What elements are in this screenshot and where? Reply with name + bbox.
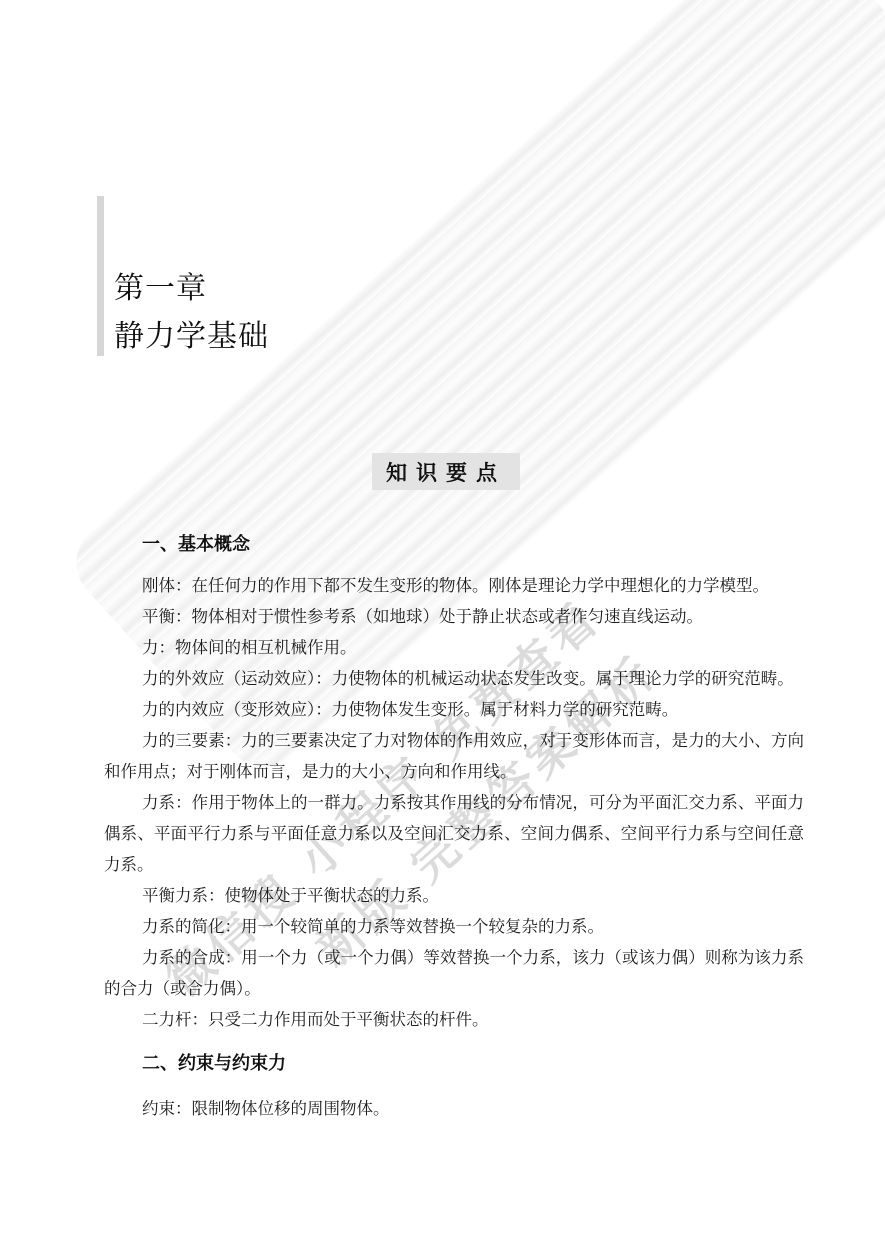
paragraph-three-elements: 力的三要素：力的三要素决定了力对物体的作用效应，对于变形体而言，是力的大小、方向… [104, 725, 804, 787]
paragraph-equilibrium: 平衡：物体相对于惯性参考系（如地球）处于静止状态或者作匀速直线运动。 [104, 601, 804, 632]
paragraph-constraint: 约束：限制物体位移的周围物体。 [104, 1093, 804, 1124]
paragraph-two-force-member: 二力杆：只受二力作用而处于平衡状态的杆件。 [104, 1004, 804, 1035]
chapter-accent-bar [97, 196, 104, 356]
section-heading: 一、基本概念 [104, 530, 804, 560]
paragraph-equilibrium-system: 平衡力系：使物体处于平衡状态的力系。 [104, 880, 804, 911]
section-title: 知识要点 [372, 453, 520, 490]
paragraph-force: 力：物体间的相互机械作用。 [104, 632, 804, 663]
paragraph-rigid-body: 刚体：在任何力的作用下都不发生变形的物体。刚体是理论力学中理想化的力学模型。 [104, 570, 804, 601]
page-content: 一、基本概念 刚体：在任何力的作用下都不发生变形的物体。刚体是理论力学中理想化的… [104, 530, 804, 1124]
paragraph-internal-effect: 力的内效应（变形效应）：力使物体发生变形。属于材料力学的研究范畴。 [104, 694, 804, 725]
paragraph-force-system: 力系：作用于物体上的一群力。力系按其作用线的分布情况，可分为平面汇交力系、平面力… [104, 787, 804, 880]
chapter-heading: 第一章 静力学基础 [114, 265, 269, 361]
paragraph-external-effect: 力的外效应（运动效应）：力使物体的机械运动状态发生改变。属于理论力学的研究范畴。 [104, 663, 804, 694]
chapter-number: 第一章 [114, 265, 269, 313]
chapter-title: 静力学基础 [114, 313, 269, 361]
paragraph-simplification: 力系的简化：用一个较简单的力系等效替换一个较复杂的力系。 [104, 911, 804, 942]
paragraph-composition: 力系的合成：用一个力（或一个力偶）等效替换一个力系，该力（或该力偶）则称为该力系… [104, 942, 804, 1004]
section-heading: 二、约束与约束力 [104, 1049, 804, 1079]
